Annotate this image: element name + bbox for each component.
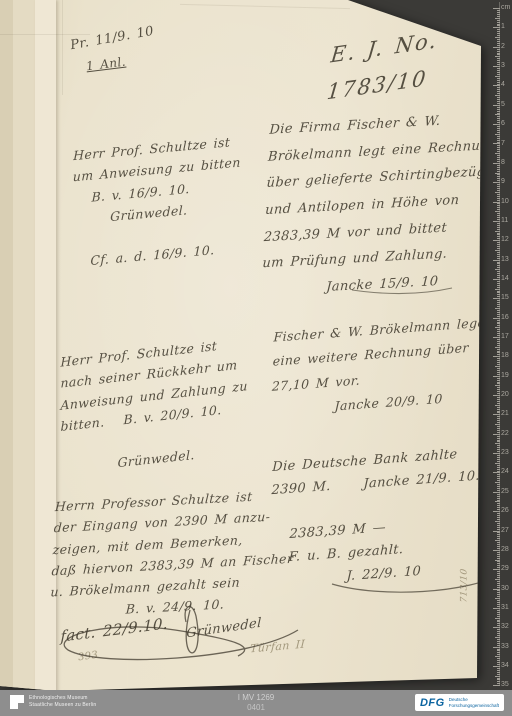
ruler-tick: [497, 397, 500, 398]
ruler-tick: [493, 627, 500, 628]
ruler-tick: [493, 105, 500, 106]
ruler-tick: [497, 681, 500, 682]
handwriting-note-left-1: Herr Prof. Schultze ist um Anweisung zu …: [71, 130, 241, 273]
handwriting-note-right-3: Die Deutsche Bank zahlte 2390 M. Jancke …: [268, 442, 481, 594]
ruler-tick: [495, 308, 500, 309]
ruler-tick: [497, 24, 500, 25]
ruler-tick: [497, 658, 500, 659]
page-edge-strip: [13, 0, 35, 716]
ruler-tick: [497, 200, 500, 201]
ruler-tick: [497, 306, 500, 307]
ruler-tick: [497, 99, 500, 100]
ruler-tick: [497, 654, 500, 655]
ruler-tick: [497, 620, 500, 621]
ruler-tick: [495, 598, 500, 599]
ruler-tick: [497, 267, 500, 268]
ruler-tick: [495, 114, 500, 115]
ruler-tick: [497, 281, 500, 282]
ruler-tick: [497, 167, 500, 168]
ruler-tick: [497, 178, 500, 179]
ruler-tick: [493, 589, 500, 590]
ruler-tick: [497, 12, 500, 13]
ruler-tick: [497, 343, 500, 344]
ruler-tick: [497, 304, 500, 305]
ruler-tick: [497, 82, 500, 83]
ruler: cm12345678910111213141516171819202122232…: [486, 0, 512, 690]
ruler-tick: [495, 250, 500, 251]
ruler-tick: [497, 254, 500, 255]
ruler-tick: [497, 333, 500, 334]
ruler-tick: [497, 103, 500, 104]
ruler-tick: [497, 151, 500, 152]
ruler-label: 17: [501, 333, 512, 340]
ruler-tick: [497, 74, 500, 75]
ruler-tick: [497, 322, 500, 323]
ruler-tick: [497, 498, 500, 499]
ruler-tick: [495, 482, 500, 483]
ruler-tick: [493, 453, 500, 454]
ruler-label: 3: [501, 62, 512, 69]
ruler-tick: [493, 356, 500, 357]
ruler-tick: [497, 441, 500, 442]
ruler-label: 6: [501, 120, 512, 127]
ruler-tick: [497, 643, 500, 644]
ruler-label: 15: [501, 294, 512, 301]
ruler-tick: [497, 614, 500, 615]
ruler-tick: [493, 27, 500, 28]
ruler-tick: [497, 650, 500, 651]
ruler-tick: [497, 312, 500, 313]
ruler-tick: [493, 8, 500, 9]
ruler-tick: [493, 608, 500, 609]
ruler-tick: [497, 292, 500, 293]
ruler-tick: [497, 296, 500, 297]
ruler-tick: [497, 527, 500, 528]
ruler-tick: [495, 18, 500, 19]
ruler-tick: [497, 420, 500, 421]
ruler-tick: [495, 501, 500, 502]
ruler-tick: [495, 173, 500, 174]
ruler-tick: [495, 618, 500, 619]
ruler-tick: [497, 225, 500, 226]
ruler-tick: [497, 91, 500, 92]
ruler-tick: [493, 66, 500, 67]
ruler-tick: [497, 277, 500, 278]
ruler-tick: [493, 85, 500, 86]
ruler-tick: [497, 252, 500, 253]
ruler-tick: [497, 380, 500, 381]
dfg-name-line2: Forschungsgemeinschaft: [449, 703, 499, 709]
ruler-tick: [497, 581, 500, 582]
ruler-tick: [497, 652, 500, 653]
ruler-label: 28: [501, 546, 512, 553]
handwriting-note-right-2: Fischer & W. Brökelmann legen eine weite…: [271, 310, 495, 423]
ruler-tick: [493, 511, 500, 512]
ruler-tick: [497, 358, 500, 359]
ruler-tick: [497, 488, 500, 489]
ruler-tick: [495, 192, 500, 193]
ruler-tick: [497, 147, 500, 148]
ruler-tick: [497, 302, 500, 303]
ruler-tick: [493, 318, 500, 319]
ruler-tick: [497, 465, 500, 466]
ruler-tick: [497, 641, 500, 642]
ruler-tick: [497, 84, 500, 85]
ruler-tick: [497, 383, 500, 384]
ruler-tick: [497, 329, 500, 330]
ruler-label: 8: [501, 159, 512, 166]
ruler-tick: [495, 76, 500, 77]
ruler-tick: [497, 176, 500, 177]
ruler-label: 29: [501, 565, 512, 572]
ruler-tick: [495, 463, 500, 464]
ruler-tick: [497, 563, 500, 564]
ruler-tick: [495, 443, 500, 444]
ruler-tick: [497, 45, 500, 46]
ruler-tick: [497, 263, 500, 264]
ruler-tick: [497, 600, 500, 601]
ruler-tick: [497, 142, 500, 143]
ruler-label: 16: [501, 314, 512, 321]
ruler-tick: [497, 118, 500, 119]
ruler-tick: [493, 685, 500, 686]
ruler-tick: [497, 672, 500, 673]
ruler-label: 27: [501, 527, 512, 534]
ruler-tick: [497, 645, 500, 646]
ruler-label: 11: [501, 217, 512, 224]
ruler-tick: [497, 668, 500, 669]
ruler-tick: [497, 122, 500, 123]
ruler-tick: [497, 291, 500, 292]
ruler-label: 24: [501, 468, 512, 475]
ruler-tick: [497, 39, 500, 40]
ruler-tick: [497, 49, 500, 50]
ruler-tick: [497, 294, 500, 295]
ruler-tick: [497, 205, 500, 206]
ruler-tick: [497, 409, 500, 410]
ruler-tick: [495, 560, 500, 561]
ruler-tick: [495, 153, 500, 154]
ruler-tick: [495, 289, 500, 290]
ruler-tick: [497, 393, 500, 394]
ruler-tick: [497, 25, 500, 26]
ruler-tick: [497, 215, 500, 216]
ruler-tick: [497, 227, 500, 228]
ruler-tick: [497, 679, 500, 680]
ruler-tick: [497, 469, 500, 470]
ruler-label: 32: [501, 623, 512, 630]
ruler-tick: [497, 590, 500, 591]
ruler-tick: [497, 111, 500, 112]
ruler-tick: [493, 666, 500, 667]
ruler-tick: [493, 492, 500, 493]
ruler-tick: [497, 536, 500, 537]
ruler-tick: [497, 233, 500, 234]
ruler-tick: [497, 20, 500, 21]
ruler-tick: [497, 583, 500, 584]
ruler-tick: [497, 509, 500, 510]
ruler-tick: [495, 676, 500, 677]
ruler-tick: [497, 345, 500, 346]
ruler-tick: [497, 478, 500, 479]
ruler-label: cm: [501, 4, 512, 11]
ruler-tick: [497, 503, 500, 504]
ruler-tick: [497, 554, 500, 555]
ruler-tick: [497, 130, 500, 131]
ruler-tick: [497, 149, 500, 150]
ruler-tick: [497, 360, 500, 361]
ruler-tick: [497, 370, 500, 371]
ruler-tick: [497, 372, 500, 373]
ruler-label: 21: [501, 410, 512, 417]
ruler-tick: [493, 472, 500, 473]
pencil-folio-number: 393: [77, 647, 99, 667]
ruler-tick: [497, 128, 500, 129]
ruler-tick: [497, 234, 500, 235]
ruler-label: 33: [501, 643, 512, 650]
ruler-tick: [497, 246, 500, 247]
ruler-tick: [497, 325, 500, 326]
ruler-tick: [497, 43, 500, 44]
ruler-tick: [495, 327, 500, 328]
ruler-tick: [497, 126, 500, 127]
ruler-label: 19: [501, 372, 512, 379]
ruler-tick: [497, 273, 500, 274]
ruler-tick: [493, 143, 500, 144]
ruler-tick: [497, 660, 500, 661]
ruler-tick: [497, 678, 500, 679]
ruler-tick: [497, 145, 500, 146]
ruler-tick: [497, 683, 500, 684]
ruler-tick: [497, 196, 500, 197]
ruler-tick: [497, 585, 500, 586]
ruler-tick: [497, 209, 500, 210]
ruler-tick: [497, 486, 500, 487]
ruler-tick: [497, 87, 500, 88]
ruler-tick: [495, 95, 500, 96]
ruler-tick: [497, 275, 500, 276]
ruler-tick: [493, 337, 500, 338]
ruler-tick: [497, 35, 500, 36]
ruler-tick: [497, 542, 500, 543]
ruler-label: 12: [501, 236, 512, 243]
registry-number: E. J. No. 1783/10: [325, 12, 512, 111]
ruler-tick: [497, 416, 500, 417]
ruler-tick: [497, 623, 500, 624]
ruler-tick: [497, 639, 500, 640]
ruler-tick: [497, 440, 500, 441]
ruler-tick: [497, 422, 500, 423]
ruler-tick: [495, 424, 500, 425]
ruler-tick: [497, 515, 500, 516]
ruler-tick: [497, 490, 500, 491]
ruler-tick: [493, 569, 500, 570]
ruler-tick: [497, 538, 500, 539]
ruler-label: 22: [501, 430, 512, 437]
ruler-label: 18: [501, 352, 512, 359]
ruler-tick: [497, 155, 500, 156]
handwriting-note-right-1: Die Firma Fischer & W. Brökelmann legt e…: [260, 106, 500, 305]
ruler-tick: [497, 374, 500, 375]
ruler-tick: [497, 596, 500, 597]
footer-bar: Ethnologisches Museum Staatliche Museen …: [0, 690, 512, 716]
ruler-tick: [497, 587, 500, 588]
ruler-tick: [497, 457, 500, 458]
ruler-label: 34: [501, 662, 512, 669]
ruler-tick: [497, 474, 500, 475]
ruler-tick: [497, 78, 500, 79]
ruler-tick: [497, 132, 500, 133]
ruler-tick: [497, 203, 500, 204]
ruler-tick: [497, 190, 500, 191]
ruler-tick: [497, 159, 500, 160]
ruler-tick: [497, 72, 500, 73]
ruler-tick: [493, 395, 500, 396]
ruler-tick: [497, 362, 500, 363]
ruler-tick: [495, 231, 500, 232]
ruler-tick: [493, 202, 500, 203]
ruler-tick: [497, 573, 500, 574]
ruler-tick: [497, 505, 500, 506]
ruler-tick: [497, 517, 500, 518]
ruler-tick: [497, 445, 500, 446]
ruler-tick: [495, 405, 500, 406]
ruler-label: 31: [501, 604, 512, 611]
ruler-tick: [497, 575, 500, 576]
dfg-abbreviation: DFG: [420, 697, 445, 709]
ruler-tick: [497, 670, 500, 671]
ruler-tick: [497, 316, 500, 317]
ruler-tick: [497, 97, 500, 98]
ruler-tick: [495, 637, 500, 638]
ruler-tick: [497, 476, 500, 477]
handwriting-note-left-2: Herr Prof. Schultze ist nach seiner Rück…: [61, 332, 248, 480]
ruler-tick: [497, 116, 500, 117]
ruler-tick: [497, 320, 500, 321]
ruler-tick: [497, 287, 500, 288]
ruler-tick: [497, 140, 500, 141]
ruler-tick: [497, 244, 500, 245]
ruler-tick: [497, 382, 500, 383]
ruler-tick: [497, 471, 500, 472]
ruler-tick: [497, 561, 500, 562]
ruler-tick: [497, 529, 500, 530]
ruler-tick: [497, 113, 500, 114]
ruler-tick: [493, 240, 500, 241]
ruler-tick: [497, 391, 500, 392]
ruler-tick: [497, 567, 500, 568]
ruler-tick: [497, 389, 500, 390]
ruler-label: 14: [501, 275, 512, 282]
ruler-tick: [497, 664, 500, 665]
ruler-tick: [495, 579, 500, 580]
ruler-tick: [497, 604, 500, 605]
ruler-tick: [497, 31, 500, 32]
ruler-label: 4: [501, 81, 512, 88]
ruler-tick: [495, 366, 500, 367]
ruler-tick: [497, 451, 500, 452]
ruler-tick: [493, 124, 500, 125]
ruler-tick: [497, 558, 500, 559]
ruler-tick: [493, 647, 500, 648]
ruler-tick: [497, 29, 500, 30]
dfg-name: Deutsche Forschungsgemeinschaft: [449, 697, 499, 708]
ruler-label: 35: [501, 681, 512, 688]
ruler-tick: [497, 418, 500, 419]
ruler-tick: [497, 53, 500, 54]
ruler-tick: [497, 265, 500, 266]
scan-viewer: Pr. 11/9. 10 1 Anl. E. J. No. 1783/10 He…: [0, 0, 512, 716]
ruler-label: 7: [501, 140, 512, 147]
ruler-tick: [497, 546, 500, 547]
dfg-logo: DFG Deutsche Forschungsgemeinschaft: [415, 694, 504, 711]
ruler-tick: [493, 163, 500, 164]
ruler-tick: [497, 438, 500, 439]
ruler-tick: [497, 229, 500, 230]
ruler-label: 23: [501, 449, 512, 456]
ruler-tick: [497, 169, 500, 170]
ruler-tick: [497, 101, 500, 102]
ruler-tick: [497, 378, 500, 379]
ruler-tick: [497, 51, 500, 52]
ruler-tick: [497, 314, 500, 315]
ruler-tick: [497, 68, 500, 69]
ruler-tick: [497, 188, 500, 189]
ruler-tick: [497, 430, 500, 431]
ruler-tick: [497, 552, 500, 553]
ruler-label: 2: [501, 43, 512, 50]
ruler-tick: [497, 484, 500, 485]
ruler-tick: [497, 136, 500, 137]
ruler-tick: [497, 120, 500, 121]
ruler-tick: [495, 656, 500, 657]
ruler-tick: [497, 480, 500, 481]
ruler-tick: [497, 496, 500, 497]
ruler-tick: [497, 10, 500, 11]
ruler-tick: [497, 174, 500, 175]
ruler-tick: [493, 260, 500, 261]
ruler-tick: [497, 217, 500, 218]
ruler-tick: [497, 242, 500, 243]
ruler-tick: [497, 494, 500, 495]
ruler-tick: [497, 41, 500, 42]
ruler-tick: [497, 219, 500, 220]
ruler-tick: [497, 165, 500, 166]
ruler-tick: [497, 248, 500, 249]
ruler-label: 10: [501, 198, 512, 205]
ruler-tick: [497, 33, 500, 34]
ruler-tick: [497, 64, 500, 65]
ruler-tick: [497, 60, 500, 61]
ruler-tick: [497, 436, 500, 437]
ruler-tick: [497, 80, 500, 81]
ruler-tick: [497, 323, 500, 324]
ruler-tick: [497, 426, 500, 427]
ruler-tick: [497, 534, 500, 535]
ruler-label: 25: [501, 488, 512, 495]
ruler-label: 9: [501, 178, 512, 185]
ruler-label: 30: [501, 585, 512, 592]
ruler-tick: [493, 434, 500, 435]
ruler-tick: [497, 467, 500, 468]
ruler-tick: [497, 411, 500, 412]
paper-crease: [62, 0, 63, 95]
ruler-tick: [497, 633, 500, 634]
ruler-tick: [493, 376, 500, 377]
document-page: Pr. 11/9. 10 1 Anl. E. J. No. 1783/10 He…: [0, 0, 512, 716]
ruler-tick: [495, 134, 500, 135]
ruler-tick: [497, 519, 500, 520]
